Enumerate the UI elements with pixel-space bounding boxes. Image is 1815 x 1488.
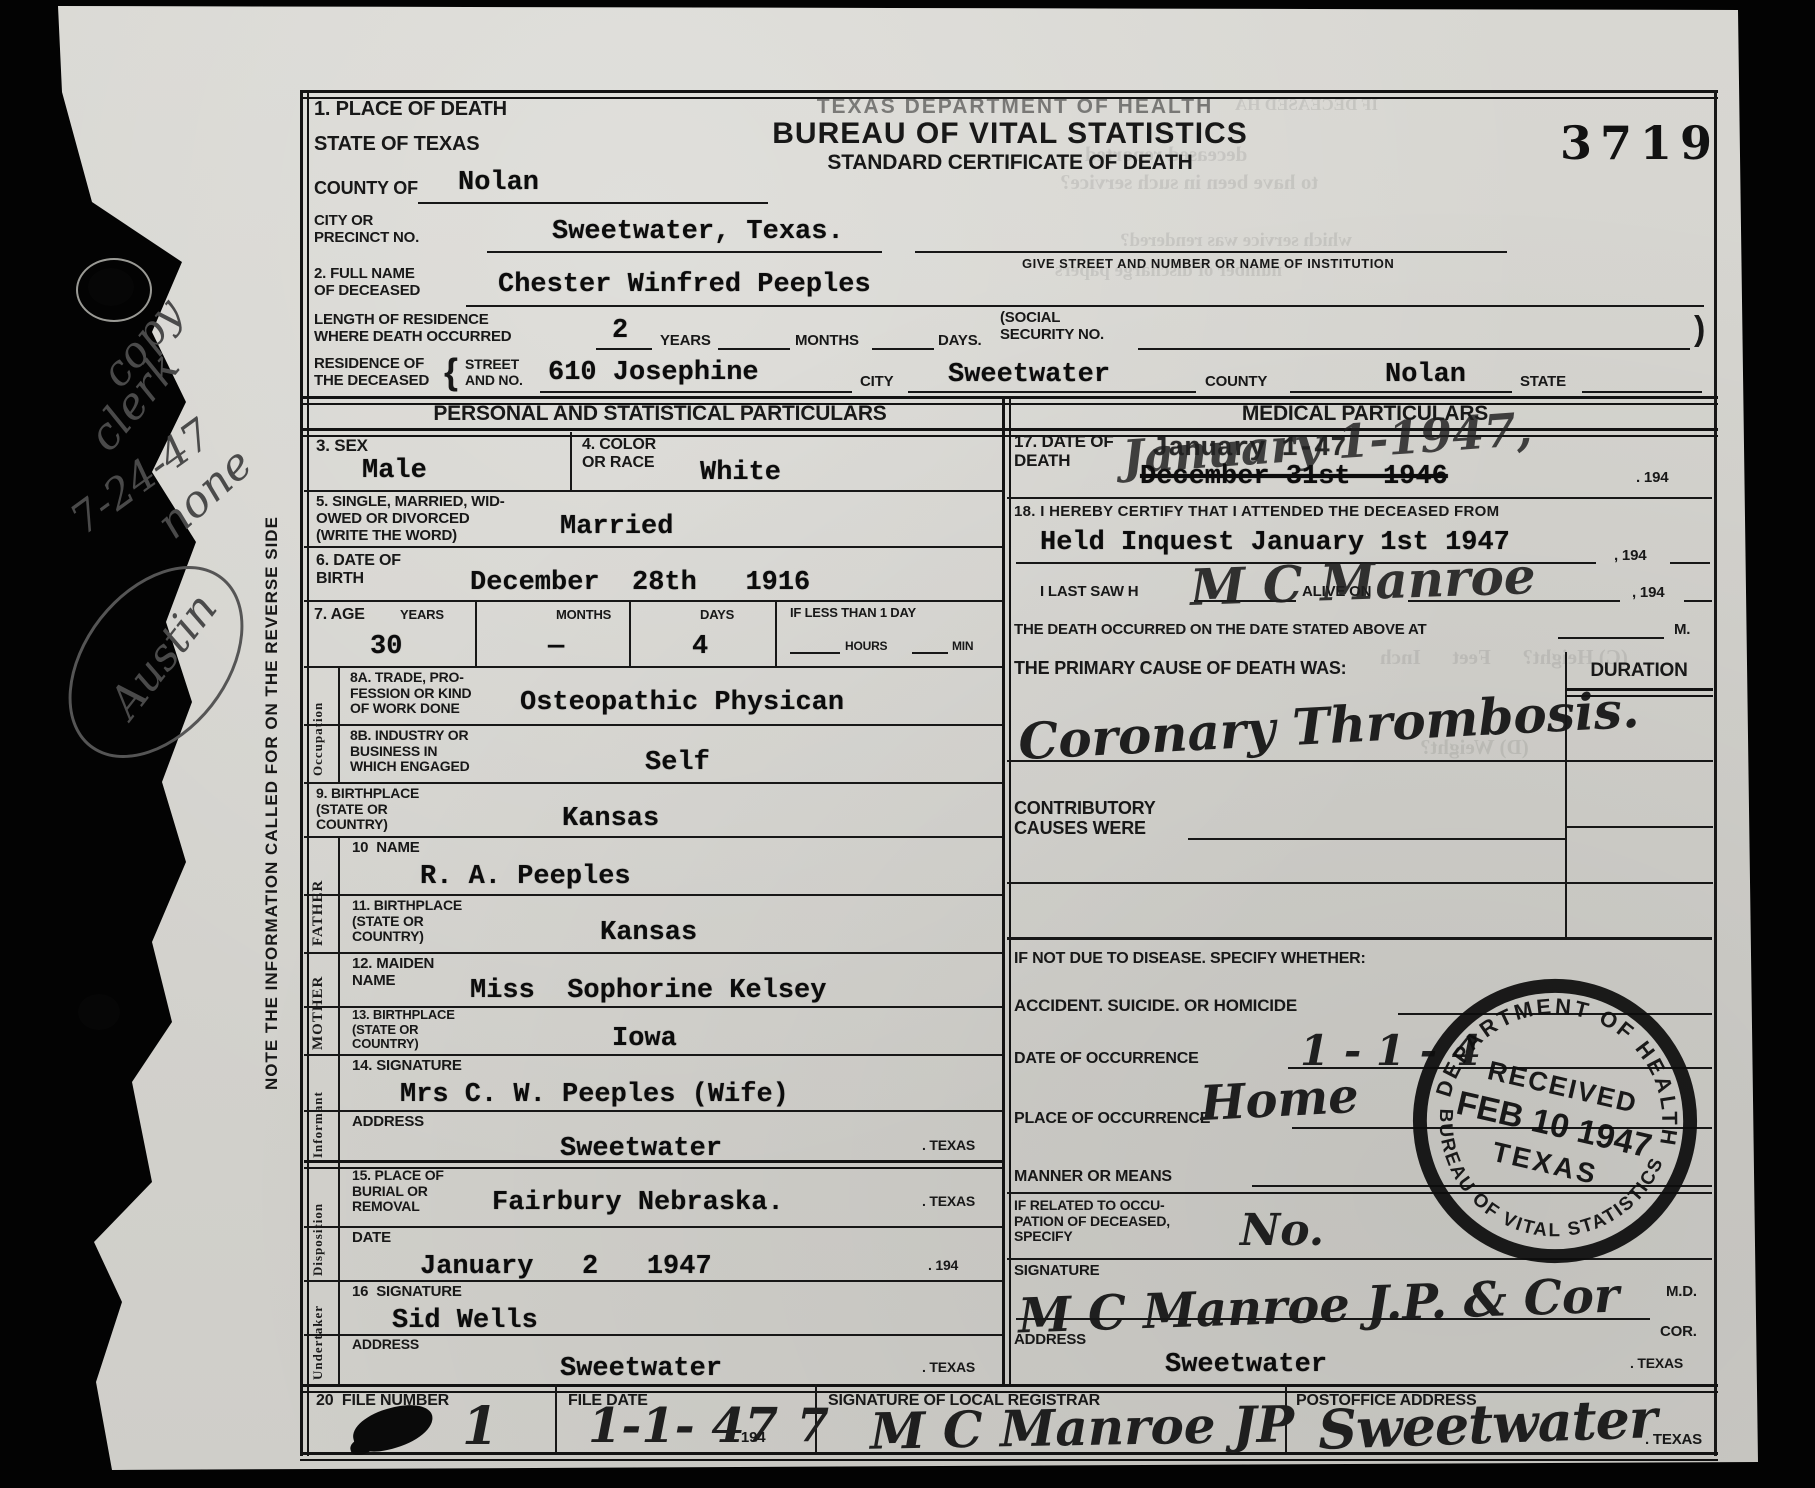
age-label: 7. AGE [314, 606, 365, 624]
burial-place-label: 15. PLACE OFBURIAL ORREMOVAL [352, 1168, 444, 1215]
date-of-death-label: 17. DATE OFDEATH [1014, 432, 1114, 470]
father-side-label: FATHER [310, 846, 327, 946]
file-date-year-handwritten: 7 [797, 1398, 829, 1452]
mother-side-label: MOTHER [310, 956, 327, 1050]
undertaker-side-label: Undertaker [310, 1286, 326, 1380]
age-hours-label: HOURS [845, 640, 887, 653]
md-label: M.D. [1666, 1284, 1697, 1301]
duration-header: DURATION [1565, 660, 1713, 681]
informant-signature-value: Mrs C. W. Peeples (Wife) [400, 1080, 789, 1110]
undertaker-signature-value: Sid Wells [392, 1306, 538, 1336]
if-not-disease-label: IF NOT DUE TO DISEASE. SPECIFY WHETHER: [1014, 950, 1366, 968]
punch-hole-bottom [78, 994, 120, 1030]
year-194-suffix: . 194 [928, 1258, 958, 1274]
marital-value: Married [560, 512, 673, 542]
signature-underline [1016, 1318, 1650, 1320]
row-line [304, 1054, 1002, 1056]
texas-suffix: . TEXAS [922, 1138, 975, 1154]
hours-underline [790, 652, 840, 654]
trade-profession-value: Osteopathic Physican [520, 688, 844, 718]
street-value: 610 Josephine [548, 358, 759, 388]
mother-birthplace-value: Iowa [612, 1024, 677, 1054]
city-precinct-label: CITY ORPRECINCT NO. [314, 213, 419, 247]
row-line [304, 1110, 1002, 1112]
residence-county-value: Nolan [1385, 360, 1466, 390]
standard-certificate-title: STANDARD CERTIFICATE OF DEATH [640, 151, 1380, 175]
sex-color-divider [570, 432, 572, 490]
years-underline [596, 348, 652, 350]
state-of-texas-label: STATE OF TEXAS [314, 133, 479, 155]
form-border-right [1714, 90, 1717, 1456]
contributory-underline [1188, 838, 1565, 840]
row-line [304, 600, 1002, 602]
place-occurrence-label: PLACE OF OCCURRENCE [1014, 1110, 1210, 1128]
color-race-label: 4. COLOROR RACE [582, 436, 656, 472]
sex-label: 3. SEX [316, 436, 368, 455]
accident-suicide-label: ACCIDENT. SUICIDE. OR HOMICIDE [1014, 996, 1297, 1015]
related-occupation-label: IF RELATED TO OCCU-PATION OF DECEASED,SP… [1014, 1198, 1170, 1245]
min-underline [912, 652, 948, 654]
father-name-value: R. A. Peeples [420, 862, 631, 892]
row-line [304, 1226, 1002, 1228]
age-days-value: 4 [692, 632, 708, 662]
father-birthplace-value: Kansas [600, 918, 697, 948]
maiden-name-value: Miss Sophorine Kelsey [470, 976, 826, 1006]
date-occurrence-label: DATE OF OCCURRENCE [1014, 1050, 1199, 1068]
county-value: Nolan [458, 168, 539, 198]
color-race-value: White [700, 458, 781, 488]
institution-underline [915, 251, 1507, 253]
disposition-side-label: Disposition [310, 1168, 326, 1276]
form-border-left [300, 90, 309, 1456]
dob-value: December 28th 1916 [470, 568, 810, 598]
field-place-of-death-label: 1. PLACE OF DEATH [314, 98, 507, 120]
burial-date-value: January 2 1947 [420, 1252, 712, 1282]
county-small-label: COUNTY [1205, 374, 1267, 391]
certify-label: 18. I HEREBY CERTIFY THAT I ATTENDED THE… [1014, 504, 1499, 521]
cause-line [1007, 882, 1565, 884]
undertaker-address-label: ADDRESS [352, 1337, 419, 1353]
cause-line [1007, 760, 1565, 762]
primary-cause-label: THE PRIMARY CAUSE OF DEATH WAS: [1014, 658, 1346, 678]
maiden-name-label: 12. MAIDENNAME [352, 956, 434, 990]
industry-value: Self [645, 748, 710, 778]
state-underline [1582, 391, 1702, 393]
file-number-handwritten: 1 [462, 1396, 498, 1457]
birthplace-label: 9. BIRTHPLACE(STATE ORCOUNTRY) [316, 786, 419, 833]
place-occurrence-handwritten: Home [1199, 1068, 1360, 1132]
small-underline [1558, 637, 1664, 639]
column-divider [1002, 396, 1011, 1384]
row-line [304, 1280, 1002, 1282]
duration-line [1565, 826, 1713, 828]
birthplace-value: Kansas [562, 804, 659, 834]
vertical-reverse-side-note: NOTE THE INFORMATION CALLED FOR ON THE R… [262, 300, 282, 1090]
street-number-note: GIVE STREET AND NUMBER OR NAME OF INSTIT… [1022, 257, 1394, 272]
length-of-residence-label: LENGTH OF RESIDENCEWHERE DEATH OCCURRED [314, 312, 511, 346]
row-line [304, 782, 1002, 784]
age-years-label: YEARS [400, 608, 444, 623]
contributory-label: CONTRIBUTORYCAUSES WERE [1014, 798, 1156, 838]
local-registrar-signature: M C Manroe JP [870, 1394, 1295, 1460]
bureau-title: BUREAU OF VITAL STATISTICS [640, 117, 1380, 151]
months-label: MONTHS [795, 333, 859, 350]
city-small-label: CITY [860, 374, 893, 391]
father-name-label: 10 NAME [352, 840, 420, 857]
mother-birthplace-label: 13. BIRTHPLACE(STATE ORCOUNTRY) [352, 1008, 455, 1052]
sex-value: Male [362, 456, 427, 486]
residence-city-underline [908, 391, 1196, 393]
residence-city-value: Sweetwater [948, 360, 1110, 390]
small-underline [1684, 600, 1712, 602]
full-name-label: 2. FULL NAMEOF DECEASED [314, 266, 420, 300]
death-occurred-label: THE DEATH OCCURRED ON THE DATE STATED AB… [1014, 622, 1426, 639]
residence-brace: { [444, 352, 458, 392]
burial-date-label: DATE [352, 1230, 391, 1247]
attending-signature-handwritten: M C Manroe [1189, 546, 1536, 617]
dept-of-health-line: TEXAS DEPARTMENT OF HEALTH [745, 95, 1285, 119]
md-address-label: ADDRESS [1014, 1332, 1086, 1349]
days-underline [872, 348, 934, 350]
undertaker-signature-label: 16 SIGNATURE [352, 1284, 462, 1301]
bleedthrough-text: which service was rendered? [1120, 230, 1352, 252]
small-underline [1670, 562, 1710, 564]
duration-line [1565, 882, 1713, 884]
m-label: M. [1674, 622, 1690, 639]
age-min-label: MIN [952, 640, 973, 653]
informant-side-label: Informant [310, 1058, 326, 1158]
age-days-label: DAYS [700, 608, 734, 623]
texas-suffix: . TEXAS [1630, 1356, 1683, 1372]
informant-signature-label: 14. SIGNATURE [352, 1058, 462, 1075]
days-label: DAYS. [938, 333, 981, 350]
last-saw-label: I LAST SAW H [1040, 584, 1138, 601]
name-underline [466, 305, 1704, 307]
age-divider [629, 600, 631, 666]
undertaker-address-value: Sweetwater [560, 1354, 722, 1384]
comma-194: , 194 [1614, 548, 1646, 565]
bottom-cell-divider [555, 1384, 557, 1452]
age-years-value: 30 [370, 632, 402, 662]
marital-label: 5. SINGLE, MARRIED, WID-OWED OR DIVORCED… [316, 494, 505, 544]
informant-address-label: ADDRESS [352, 1114, 424, 1131]
year-194-suffix: . 194 [1636, 470, 1668, 487]
date-of-death-struck: December 31st 1946 [1140, 462, 1448, 492]
row-line [304, 666, 1002, 668]
file-number-label: 20 FILE NUMBER [316, 1392, 449, 1410]
row-line [1007, 497, 1712, 499]
age-months-label: MONTHS [556, 608, 611, 623]
scanned-death-certificate: copy clerk 7-24-47 none Austin NOTE THE … [0, 0, 1815, 1488]
age-less-than-day-label: IF LESS THAN 1 DAY [790, 606, 916, 621]
md-address-value: Sweetwater [1165, 1350, 1327, 1380]
social-security-label: (SOCIALSECURITY NO. [1000, 310, 1104, 344]
duration-header-rule [1565, 688, 1713, 697]
street-and-no-label: STREETAND NO. [465, 357, 523, 388]
certificate-number: 3719 [1560, 116, 1710, 170]
deceased-name-value: Chester Winfred Peeples [498, 270, 871, 300]
state-small-label: STATE [1520, 374, 1566, 391]
city-underline [487, 251, 882, 253]
father-birthplace-label: 11. BIRTHPLACE(STATE ORCOUNTRY) [352, 898, 462, 945]
ssn-underline [1138, 348, 1690, 350]
residence-years-value: 2 [612, 316, 628, 346]
cause-section-bottom [1007, 937, 1712, 940]
age-months-value: — [548, 632, 564, 662]
dob-label: 6. DATE OFBIRTH [316, 552, 401, 588]
manner-means-label: MANNER OR MEANS [1014, 1168, 1172, 1186]
county-of-label: COUNTY OF [314, 178, 418, 198]
industry-label: 8B. INDUSTRY ORBUSINESS INWHICH ENGAGED [350, 728, 470, 775]
ssn-close-paren: ) [1694, 310, 1705, 348]
street-underline [540, 391, 852, 393]
row-line [304, 724, 1002, 726]
row-line [304, 546, 1002, 548]
texas-suffix: . TEXAS [1645, 1432, 1702, 1449]
cor-label: COR. [1660, 1324, 1697, 1341]
texas-suffix: . TEXAS [922, 1194, 975, 1210]
years-label: YEARS [660, 333, 711, 350]
row-line [304, 490, 1002, 492]
comma-194: , 194 [1632, 585, 1664, 602]
personal-particulars-header: PERSONAL AND STATISTICAL PARTICULARS [330, 402, 990, 426]
printed-194: . 194 [733, 1430, 765, 1447]
city-value: Sweetwater, Texas. [552, 217, 844, 247]
residence-county-underline [1290, 391, 1512, 393]
texas-suffix: . TEXAS [922, 1360, 975, 1376]
row-line [304, 836, 1002, 838]
months-underline [718, 348, 790, 350]
md-signature-label: SIGNATURE [1014, 1263, 1099, 1280]
related-occupation-handwritten: No. [1240, 1205, 1324, 1256]
postoffice-address-handwritten: Sweetwater [1317, 1386, 1657, 1462]
duration-line [1565, 760, 1713, 762]
age-divider [775, 600, 777, 666]
residence-of-label: RESIDENCE OFTHE DECEASED [314, 356, 429, 390]
county-underline [418, 202, 768, 204]
trade-profession-label: 8A. TRADE, PRO-FESSION OR KINDOF WORK DO… [350, 670, 471, 717]
row-line [304, 894, 1002, 896]
age-divider [475, 600, 477, 666]
row-line [304, 952, 1002, 954]
burial-place-value: Fairbury Nebraska. [492, 1188, 784, 1218]
